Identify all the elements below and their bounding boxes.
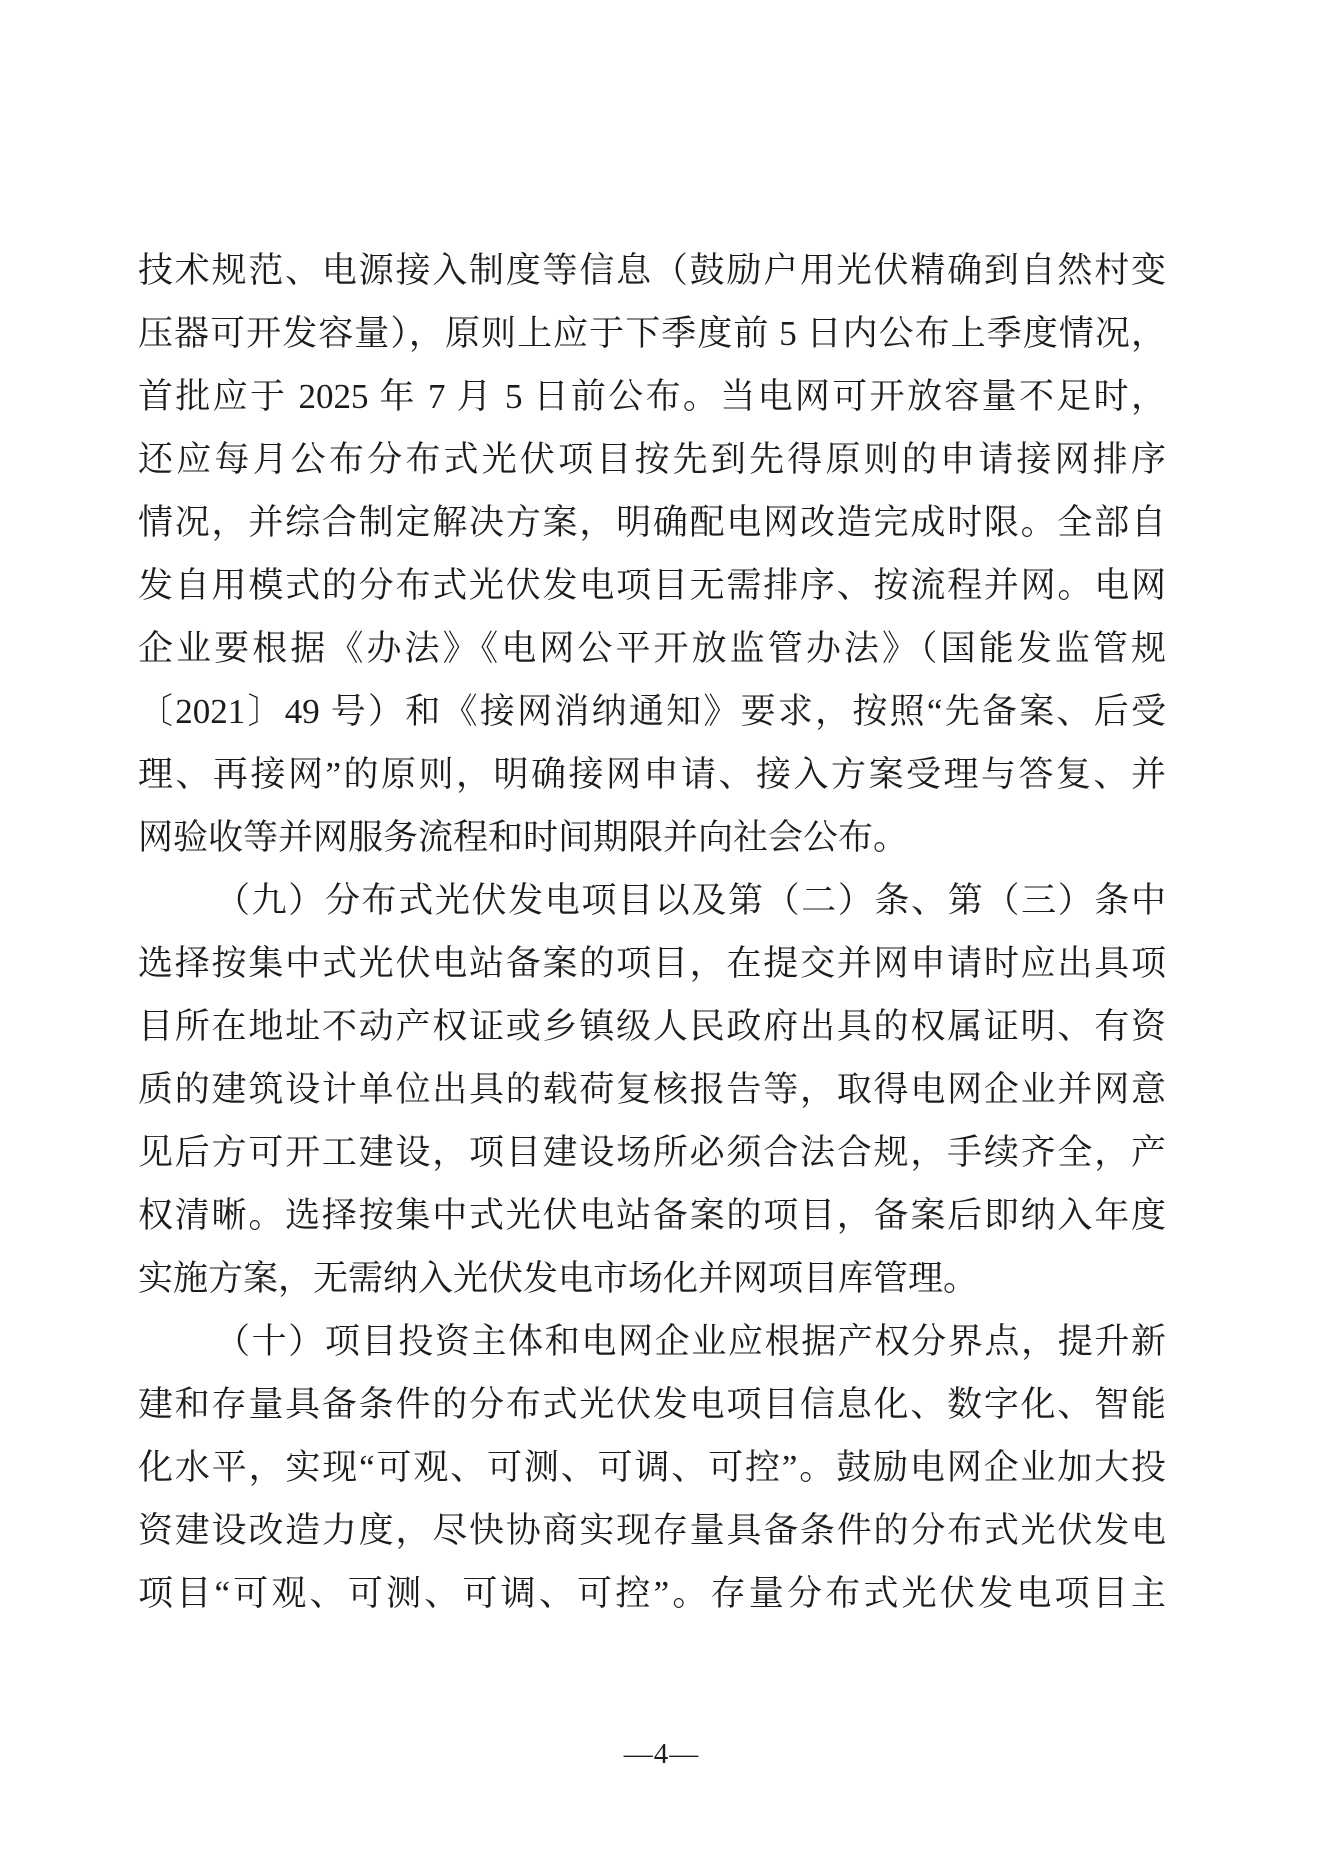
body-line-section-10-start: （十）项目投资主体和电网企业应根据产权分界点，提升新 (138, 1310, 1166, 1373)
body-line: 压器可开发容量），原则上应于下季度前 5 日内公布上季度情况， (138, 302, 1166, 365)
body-line: 权清晰。选择按集中式光伏电站备案的项目，备案后即纳入年度 (138, 1184, 1166, 1247)
body-line: 发自用模式的分布式光伏发电项目无需排序、按流程并网。电网 (138, 554, 1166, 617)
body-line: 选择按集中式光伏电站备案的项目，在提交并网申请时应出具项 (138, 932, 1166, 995)
body-line: 企业要根据《办法》《电网公平开放监管办法》（国能发监管规 (138, 617, 1166, 680)
body-line: 建和存量具备条件的分布式光伏发电项目信息化、数字化、智能 (138, 1373, 1166, 1436)
body-line: 〔2021〕49 号）和《接网消纳通知》要求，按照“先备案、后受 (138, 680, 1166, 743)
document-body: 技术规范、电源接入制度等信息（鼓励户用光伏精确到自然村变 压器可开发容量），原则… (138, 239, 1166, 1625)
body-line: 资建设改造力度，尽快协商实现存量具备条件的分布式光伏发电 (138, 1499, 1166, 1562)
body-line-paragraph-end: 网验收等并网服务流程和时间期限并向社会公布。 (138, 806, 1166, 869)
body-line: 质的建筑设计单位出具的载荷复核报告等，取得电网企业并网意 (138, 1058, 1166, 1121)
body-line: 目所在地址不动产权证或乡镇级人民政府出具的权属证明、有资 (138, 995, 1166, 1058)
body-line: 项目“可观、可测、可调、可控”。存量分布式光伏发电项目主 (138, 1562, 1166, 1625)
body-line: 情况，并综合制定解决方案，明确配电网改造完成时限。全部自 (138, 491, 1166, 554)
body-line-section-9-start: （九）分布式光伏发电项目以及第（二）条、第（三）条中 (138, 869, 1166, 932)
body-line: 技术规范、电源接入制度等信息（鼓励户用光伏精确到自然村变 (138, 239, 1166, 302)
body-line: 还应每月公布分布式光伏项目按先到先得原则的申请接网排序 (138, 428, 1166, 491)
body-line-paragraph-end: 实施方案，无需纳入光伏发电市场化并网项目库管理。 (138, 1247, 1166, 1310)
body-line: 见后方可开工建设，项目建设场所必须合法合规，手续齐全，产 (138, 1121, 1166, 1184)
body-line: 化水平，实现“可观、可测、可调、可控”。鼓励电网企业加大投 (138, 1436, 1166, 1499)
body-line: 理、再接网”的原则，明确接网申请、接入方案受理与答复、并 (138, 743, 1166, 806)
document-page: 技术规范、电源接入制度等信息（鼓励户用光伏精确到自然村变 压器可开发容量），原则… (0, 0, 1323, 1871)
page-number: —4— (0, 1736, 1323, 1772)
body-line: 首批应于 2025 年 7 月 5 日前公布。当电网可开放容量不足时， (138, 365, 1166, 428)
